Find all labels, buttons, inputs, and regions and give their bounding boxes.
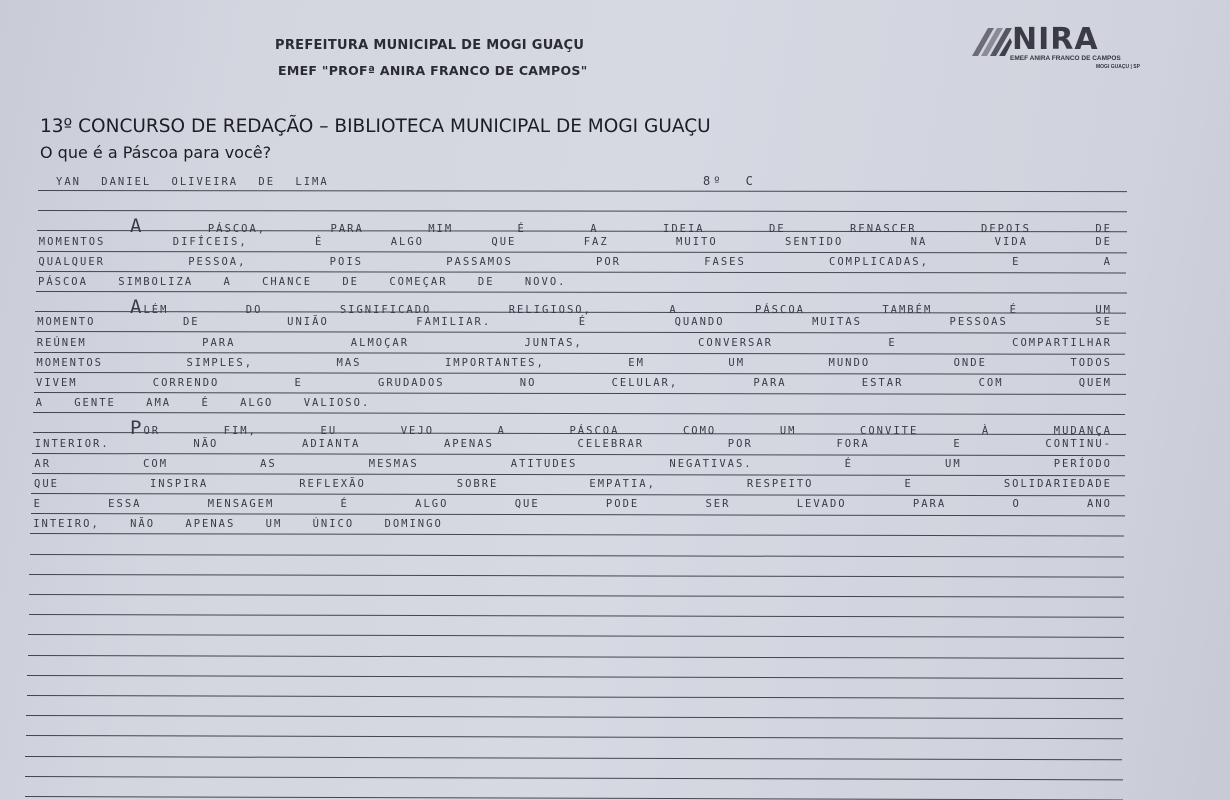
essay-line: ar com as mesmas atitudes negativas. É u… <box>34 458 1112 470</box>
ruled-line <box>24 796 1122 800</box>
ruled-line <box>30 533 1124 537</box>
logo-subtitle: EMEF ANIRA FRANCO DE CAMPOS <box>1010 55 1121 62</box>
student-class: 8º C <box>703 174 756 188</box>
essay-line: vivem correndo e grudados no celular, pa… <box>36 377 1112 389</box>
essay-line: a gente ama é algo valioso. <box>36 397 371 409</box>
ruled-line <box>31 513 1125 517</box>
school-logo: NIRA EMEF ANIRA FRANCO DE CAMPOS MOGI GU… <box>970 22 1160 72</box>
essay-line: momentos simples, mas importantes, em um… <box>36 357 1112 369</box>
ruled-line <box>32 453 1125 457</box>
essay-line: e essa mensagem é algo que pode ser leva… <box>34 498 1112 510</box>
ruled-line <box>27 695 1123 699</box>
ruled-line <box>29 594 1124 598</box>
essay-line: interior. Não adianta apenas celebrar po… <box>35 438 1112 450</box>
contest-title: 13º CONCURSO DE REDAÇÃO – BIBLIOTECA MUN… <box>40 116 711 137</box>
ruled-line <box>38 210 1127 213</box>
essay-line: Por fim, eu vejo a Páscoa como um convit… <box>130 417 1112 439</box>
essay-sheet: PREFEITURA MUNICIPAL DE MOGI GUAÇU EMEF … <box>0 0 1230 800</box>
ruled-line <box>34 372 1126 375</box>
ruled-line <box>30 554 1124 558</box>
ruled-line <box>35 331 1126 334</box>
ruled-line <box>26 715 1123 720</box>
ruled-line <box>34 352 1125 355</box>
essay-line: Além do significado religioso, a Páscoa … <box>130 296 1112 318</box>
ruled-line <box>25 756 1122 761</box>
ruled-line <box>33 412 1125 415</box>
ruled-line <box>25 776 1123 781</box>
ruled-line <box>29 614 1124 618</box>
essay-line: momentos difíceis, é algo que faz muito … <box>39 236 1112 248</box>
ruled-line <box>28 634 1124 638</box>
essay-question: O que é a Páscoa para você? <box>40 143 271 162</box>
prefecture-title: PREFEITURA MUNICIPAL DE MOGI GUAÇU <box>275 38 584 53</box>
essay-line: A Páscoa, para mim é a ideia de renascer… <box>130 215 1112 237</box>
ruled-line <box>28 655 1124 659</box>
ruled-line <box>32 473 1125 477</box>
essay-line: qualquer pessoa, pois passamos por fases… <box>38 256 1112 268</box>
essay-line: Páscoa simboliza a chance de começar de … <box>38 276 566 288</box>
essay-line: que inspira reflexão sobre empatia, resp… <box>34 478 1112 490</box>
school-name: EMEF "PROFª ANIRA FRANCO DE CAMPOS" <box>278 63 588 78</box>
logo-location: MOGI GUAÇU | SP <box>1096 64 1140 70</box>
essay-line: inteiro, não apenas um único domingo <box>33 518 443 530</box>
ruled-line <box>31 493 1125 497</box>
student-name: Yan Daniel Oliveira de Lima <box>56 176 329 188</box>
ruled-line <box>36 271 1126 274</box>
ruled-line <box>38 190 1127 193</box>
ruled-line <box>26 735 1123 740</box>
logo-wordmark: NIRA <box>1012 22 1099 57</box>
ruled-line <box>29 574 1124 578</box>
essay-line: reúnem para almoçar juntas, conversar e … <box>37 337 1112 349</box>
ruled-line <box>33 392 1125 395</box>
ruled-line <box>27 675 1123 679</box>
ruled-line <box>37 251 1127 254</box>
ruled-line <box>36 291 1127 294</box>
essay-line: momento de união familiar. É quando muit… <box>37 316 1112 328</box>
